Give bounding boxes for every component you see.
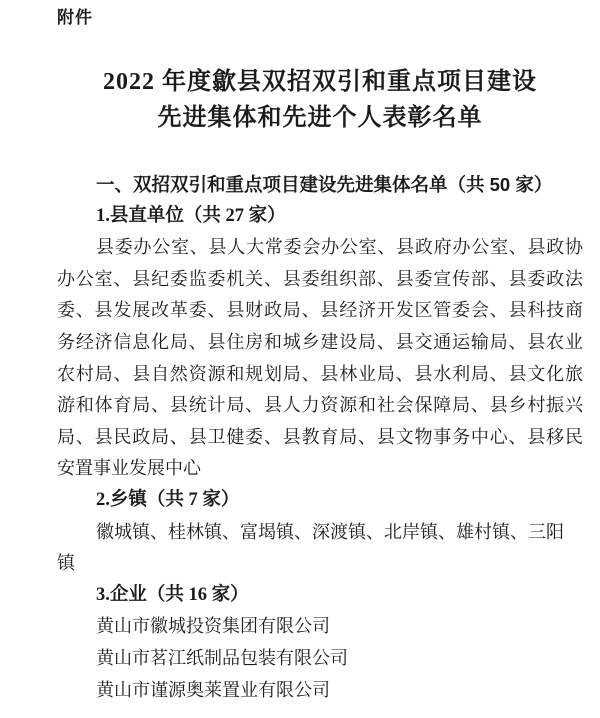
document-page: 附件 2022 年度歙县双招双引和重点项目建设 先进集体和先进个人表彰名单 一、…	[0, 0, 600, 718]
county-units-line: 办公室、县纪委监委机关、县委组织部、县委宣传部、县委政法	[57, 264, 583, 296]
townships-line: 徽城镇、桂林镇、富堨镇、深渡镇、北岸镇、雄村镇、三阳	[57, 517, 583, 549]
county-units-line: 农村局、县自然资源和规划局、县林业局、县水利局、县文化旅	[57, 359, 583, 391]
county-units-line: 局、县民政局、县卫健委、县教育局、县文物事务中心、县移民	[57, 422, 583, 454]
county-units-line: 委、县发展改革委、县财政局、县经济开发区管委会、县科技商	[57, 295, 583, 327]
townships-line: 镇	[57, 548, 583, 580]
company-line: 黄山市茗江纸制品包装有限公司	[57, 643, 583, 675]
county-units-line: 游和体育局、县统计局、县人力资源和社会保障局、县乡村振兴	[57, 390, 583, 422]
subsection-heading-county-units: 1.县直单位（共 27 家）	[57, 201, 583, 233]
company-line: 黄山市谨源奥莱置业有限公司	[57, 675, 583, 707]
section-heading-collectives: 一、双招双引和重点项目建设先进集体名单（共 50 家）	[57, 169, 583, 201]
county-units-line: 务经济信息化局、县住房和城乡建设局、县交通运输局、县农业	[57, 327, 583, 359]
county-units-line: 安置事业发展中心	[57, 453, 583, 485]
attachment-label: 附件	[57, 9, 583, 27]
document-body: 一、双招双引和重点项目建设先进集体名单（共 50 家） 1.县直单位（共 27 …	[57, 169, 583, 706]
subsection-heading-townships: 2.乡镇（共 7 家）	[57, 485, 583, 517]
document-title: 2022 年度歙县双招双引和重点项目建设 先进集体和先进个人表彰名单	[57, 64, 583, 136]
title-line-2: 先进集体和先进个人表彰名单	[57, 100, 583, 136]
subsection-heading-enterprises: 3.企业（共 16 家）	[57, 580, 583, 612]
company-line: 黄山市徽城投资集团有限公司	[57, 611, 583, 643]
county-units-line: 县委办公室、县人大常委会办公室、县政府办公室、县政协	[57, 232, 583, 264]
title-line-1: 2022 年度歙县双招双引和重点项目建设	[57, 64, 583, 100]
